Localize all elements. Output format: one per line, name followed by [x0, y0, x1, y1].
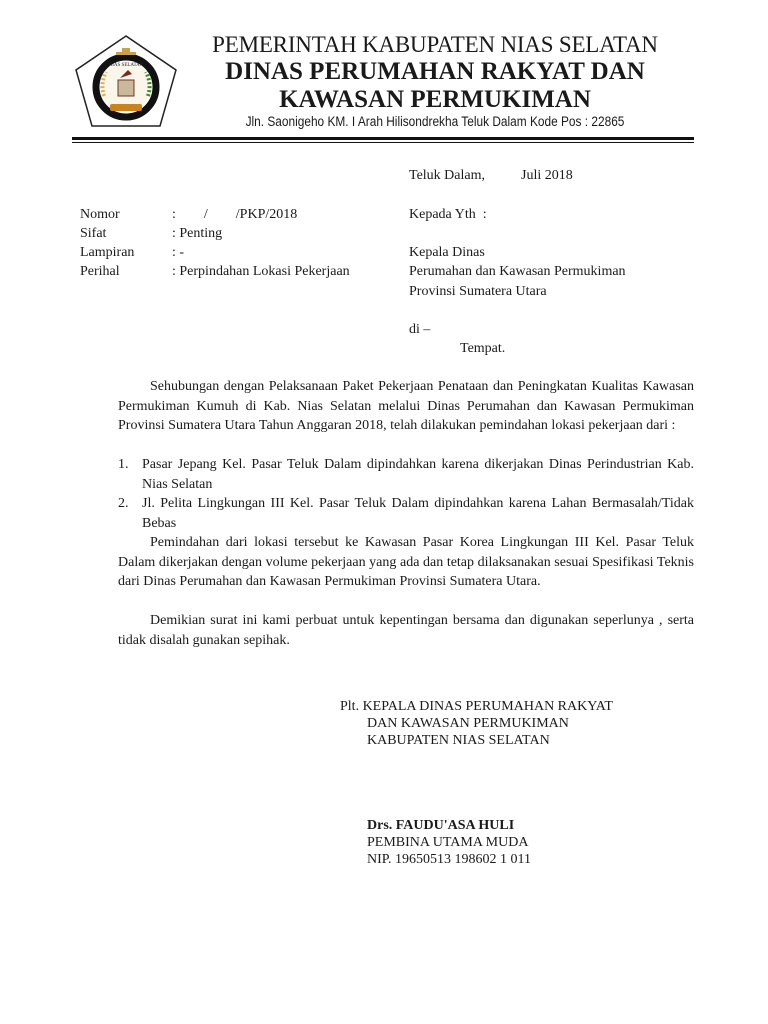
meta-value-lampiran: : - — [172, 243, 184, 262]
meta-label-perihal: Perihal — [80, 262, 120, 281]
body-paragraph-3: Demikian surat ini kami perbuat untuk ke… — [118, 611, 694, 650]
signature-title-line3: KABUPATEN NIAS SELATAN — [367, 732, 550, 749]
letter-place: Teluk Dalam, — [409, 166, 485, 185]
recipient-line3: Provinsi Sumatera Utara — [409, 282, 547, 301]
signature-title-line1: Plt. KEPALA DINAS PERUMAHAN RAKYAT — [340, 698, 613, 715]
svg-text:NIAS SELATAN: NIAS SELATAN — [109, 63, 144, 68]
list-item-text: Jl. Pelita Lingkungan III Kel. Pasar Tel… — [142, 494, 694, 533]
body-paragraph-2: Pemindahan dari lokasi tersebut ke Kawas… — [118, 533, 694, 592]
header-rule-thick — [72, 137, 694, 140]
nias-selatan-crest-icon: NIAS SELATAN — [72, 32, 180, 130]
meta-value-perihal: : Perpindahan Lokasi Pekerjaan — [172, 262, 350, 281]
signatory-rank: PEMBINA UTAMA MUDA — [367, 834, 528, 851]
signatory-name: Drs. FAUDU'ASA HULI — [367, 817, 514, 834]
meta-label-nomor: Nomor — [80, 205, 120, 224]
recipient-line1: Kepala Dinas — [409, 243, 485, 262]
meta-label-lampiran: Lampiran — [80, 243, 134, 262]
header-rule-thin — [72, 142, 694, 143]
list-item-number: 1. — [118, 455, 129, 475]
list-item-text: Pasar Jepang Kel. Pasar Teluk Dalam dipi… — [142, 455, 694, 494]
list-item-number: 2. — [118, 494, 129, 514]
recipient-line2: Perumahan dan Kawasan Permukiman — [409, 262, 626, 281]
meta-value-sifat: : Penting — [172, 224, 222, 243]
government-name: PEMERINTAH KABUPATEN NIAS SELATAN — [200, 32, 670, 58]
letter-date: Juli 2018 — [521, 166, 573, 185]
recipient-tempat: Tempat. — [460, 339, 505, 358]
agency-name-line2: KAWASAN PERMUKIMAN — [200, 86, 670, 114]
body-paragraph-1: Sehubungan dengan Pelaksanaan Paket Peke… — [118, 377, 694, 436]
signature-title-line2: DAN KAWASAN PERMUKIMAN — [367, 715, 569, 732]
recipient-greeting: Kepada Yth : — [409, 205, 487, 224]
agency-address: Jln. Saonigeho KM. I Arah Hilisondrekha … — [228, 114, 642, 129]
signatory-nip: NIP. 19650513 198602 1 011 — [367, 851, 531, 868]
recipient-di: di – — [409, 320, 430, 339]
meta-value-nomor: : / /PKP/2018 — [172, 205, 297, 224]
meta-label-sifat: Sifat — [80, 224, 106, 243]
agency-name-line1: DINAS PERUMAHAN RAKYAT DAN — [200, 58, 670, 86]
